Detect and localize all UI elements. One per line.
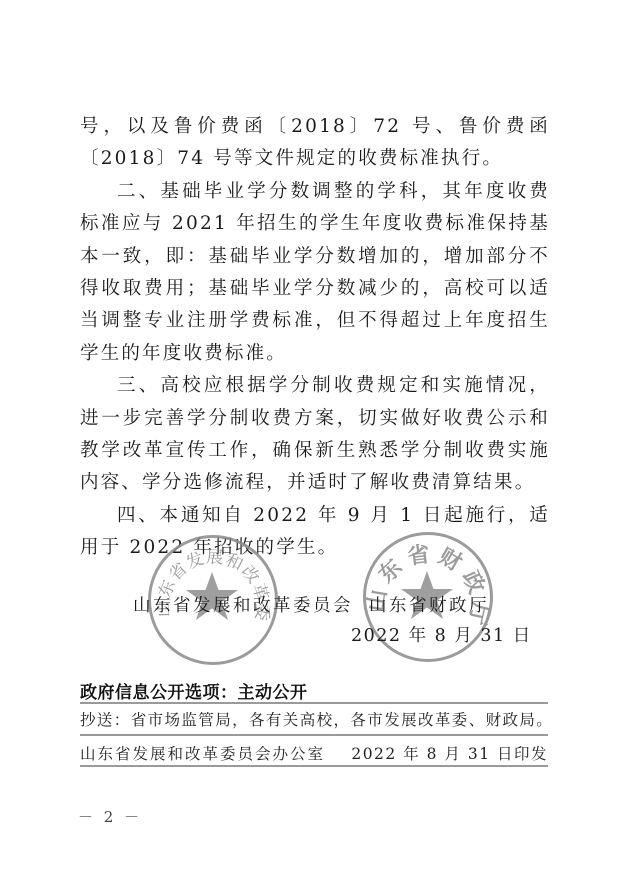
signature-org-finance: 山东省财政厅 (369, 592, 489, 617)
divider-middle (80, 734, 548, 736)
paragraph-continuation: 号，以及鲁价费函〔2018〕72 号、鲁价费函〔2018〕74 号等文件规定的收… (80, 111, 550, 176)
paragraph-item-2: 二、基础毕业学分数调整的学科，其年度收费标准应与 2021 年招生的学生年度收费… (80, 176, 550, 370)
divider-top (80, 702, 548, 704)
cc-recipients: 抄送：省市场监管局，各有关高校，各市发展改革委、财政局。 (80, 708, 553, 730)
signature-date: 2022 年 8 月 31 日 (351, 622, 532, 647)
document-body: 号，以及鲁价费函〔2018〕72 号、鲁价费函〔2018〕74 号等文件规定的收… (80, 111, 550, 565)
footer-issuer: 山东省发展和改革委员会办公室 (80, 742, 325, 764)
document-page: 号，以及鲁价费函〔2018〕72 号、鲁价费函〔2018〕74 号等文件规定的收… (0, 0, 630, 885)
disclosure-label: 政府信息公开选项：主动公开 (80, 678, 308, 703)
footer-issue-date: 2022 年 8 月 31 日印发 (351, 742, 548, 764)
page-number: － 2 － (78, 806, 142, 827)
paragraph-item-3: 三、高校应根据学分制收费规定和实施情况，进一步完善学分制收费方案，切实做好收费公… (80, 370, 550, 500)
signature-org-ndrc: 山东省发展和改革委员会 (133, 592, 353, 617)
divider-bottom (80, 765, 548, 767)
